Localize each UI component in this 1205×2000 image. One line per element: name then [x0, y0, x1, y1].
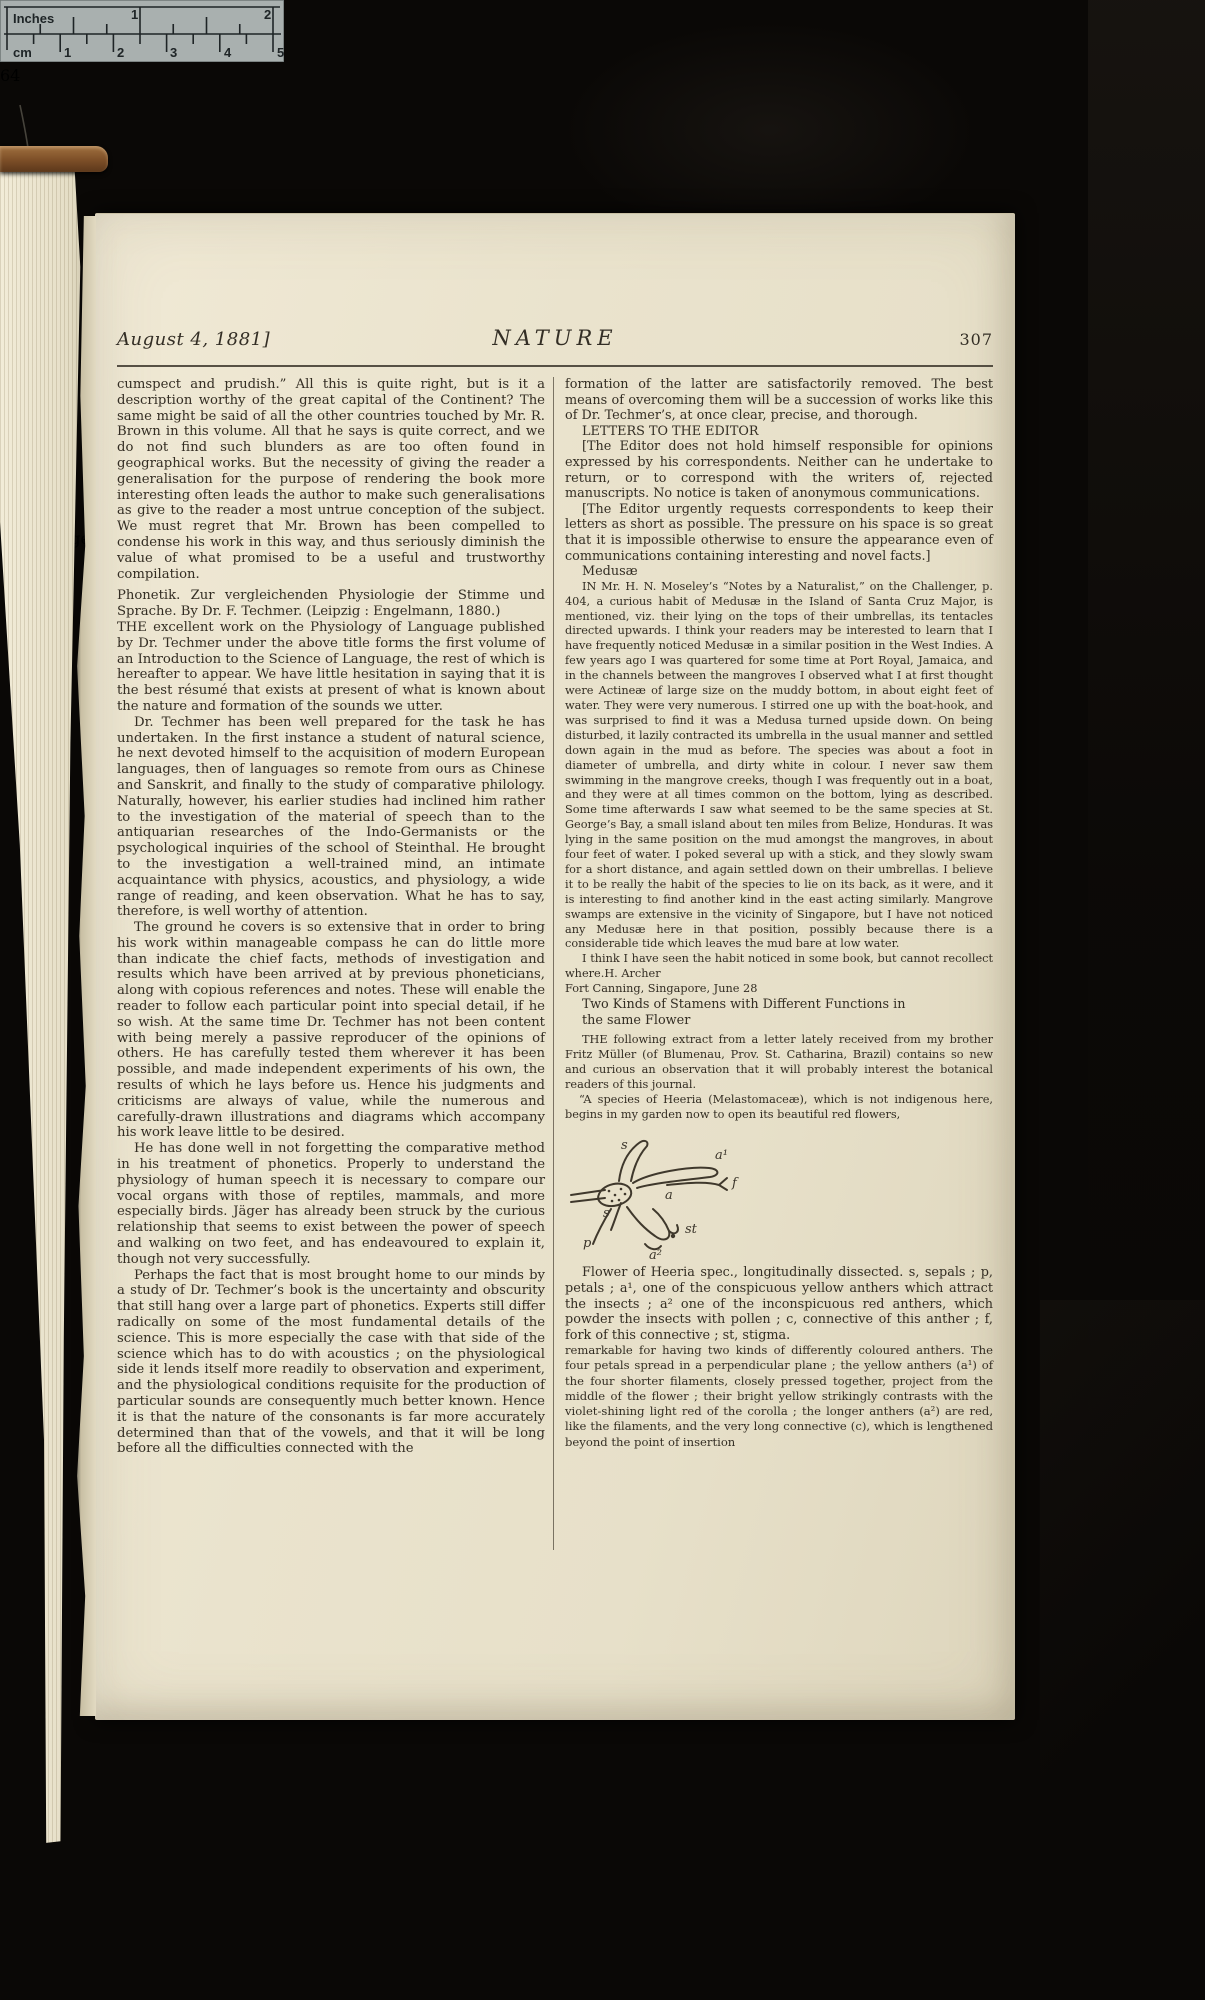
- header-page-number: 307: [773, 330, 993, 349]
- page-header: August 4, 1881] NATURE 307: [117, 326, 993, 350]
- stamens-heading-line2: the same Flower: [565, 1013, 993, 1029]
- flower-illustration: s a¹ f a s p st a²: [565, 1123, 755, 1261]
- stamens-intro: THE following extract from a letter late…: [565, 1033, 993, 1093]
- medusae-letter-body: IN Mr. H. N. Moseley’s “Notes by a Natur…: [565, 580, 993, 953]
- editor-notice-2: [The Editor urgently requests correspond…: [565, 502, 993, 564]
- figure-label-a2: a²: [649, 1248, 662, 1261]
- ruler-cm-2: 2: [117, 45, 124, 60]
- stamens-continuation: remarkable for having two kinds of diffe…: [565, 1343, 993, 1449]
- right-column: formation of the latter are satisfactori…: [565, 377, 993, 1450]
- flower-figure: s a¹ f a s p st a²: [565, 1123, 993, 1266]
- figure-label-st: st: [685, 1222, 698, 1237]
- ruler-cm-label: cm: [13, 45, 32, 60]
- ruler-cm-1: 1: [64, 45, 71, 60]
- review-paragraph: The ground he covers is so extensive tha…: [117, 920, 545, 1141]
- column-divider: [553, 377, 554, 1550]
- figure-label-f: f: [731, 1176, 739, 1191]
- review-paragraph: THE excellent work on the Physiology of …: [117, 620, 545, 715]
- figure-label-p: p: [583, 1236, 592, 1251]
- medusae-heading: Medusæ: [565, 564, 993, 580]
- ruler-cm-3: 3: [170, 45, 177, 60]
- header-rule: [117, 365, 993, 367]
- scan-background: Inches 1 2 cm 1 2 3 4 5 64 August 4, 188…: [0, 0, 1205, 2000]
- ruler-cm-5: 5: [277, 45, 284, 60]
- review-paragraph-continuation: cumspect and prudish.” All this is quite…: [117, 377, 545, 582]
- figure-label-s-top: s: [621, 1138, 628, 1153]
- stamens-letter: THE following extract from a letter late…: [565, 1033, 993, 1122]
- measurement-ruler: Inches 1 2 cm 1 2 3 4 5: [0, 0, 284, 62]
- review-paragraph: Perhaps the fact that is most brought ho…: [117, 1268, 545, 1458]
- velvet-corner-sheen: [1040, 1300, 1205, 2000]
- editor-notice-1: [The Editor does not hold himself respon…: [565, 439, 993, 501]
- figure-label-a1: a¹: [715, 1148, 728, 1163]
- velvet-sheen: [560, 20, 980, 240]
- review-paragraph: He has done well in not forgetting the c…: [117, 1141, 545, 1267]
- ruler-inches-label: Inches: [13, 11, 54, 26]
- ruler-inch-2: 2: [264, 7, 271, 22]
- stamens-heading-line1: Two Kinds of Stamens with Different Func…: [565, 997, 993, 1013]
- medusae-closing: I think I have seen the habit noticed in…: [565, 952, 993, 982]
- figure-label-s-mid: s: [603, 1206, 610, 1221]
- ruler-cm-4: 4: [224, 45, 232, 60]
- medusae-heading-row: Medusæ: [565, 564, 993, 580]
- review-paragraph: Dr. Techmer has been well prepared for t…: [117, 715, 545, 920]
- book-spine-leather: [0, 146, 108, 172]
- figure-label-a: a: [665, 1188, 673, 1203]
- figure-caption: Flower of Heeria spec., longitudinally d…: [565, 1265, 993, 1343]
- review-citation: Phonetik. Zur vergleichenden Physiologie…: [117, 588, 545, 620]
- stamens-quote-open: “A species of Heeria (Melastomaceæ), whi…: [565, 1093, 993, 1123]
- header-date: August 4, 1881]: [117, 329, 337, 350]
- medusae-letter: IN Mr. H. N. Moseley’s “Notes by a Natur…: [565, 580, 993, 997]
- velvet-fold-seam: [1088, 0, 1205, 1460]
- ruler-inch-1: 1: [131, 7, 138, 22]
- letters-to-editor-heading: LETTERS TO THE EDITOR: [565, 424, 993, 440]
- medusae-dateline: Fort Canning, Singapore, June 28: [565, 982, 993, 997]
- left-column: cumspect and prudish.” All this is quite…: [117, 377, 545, 1457]
- review-title-rest: By Dr. F. Techmer. (Leipzig : Engelmann,…: [177, 604, 501, 619]
- header-journal-title: NATURE: [337, 326, 773, 350]
- medusae-signature: H. Archer: [604, 967, 660, 980]
- scanned-page: August 4, 1881] NATURE 307 cumspect and …: [95, 213, 1015, 1720]
- pencil-annotation: 64: [0, 66, 1205, 85]
- review-end-paragraph: formation of the latter are satisfactori…: [565, 377, 993, 424]
